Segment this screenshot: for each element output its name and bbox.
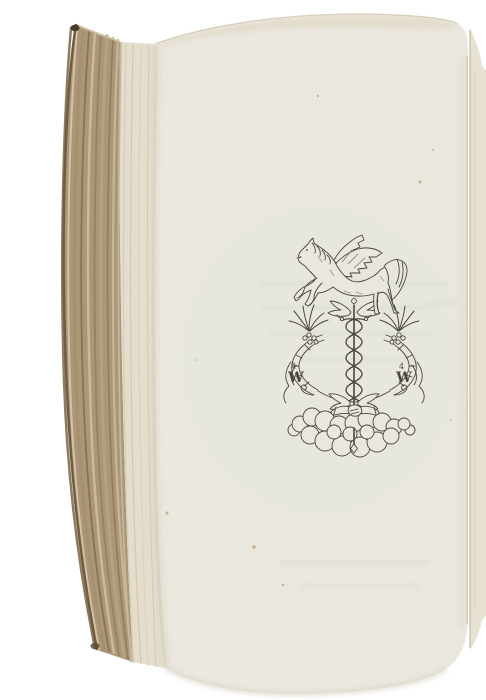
monogram-right: W	[395, 370, 412, 386]
facing-leaf-edge	[470, 28, 486, 650]
headband-knob	[71, 25, 80, 31]
book-photograph: 4 W 4 W	[0, 0, 486, 700]
monogram-left: W	[287, 370, 304, 386]
photo-canvas: 4 W 4 W	[0, 0, 486, 700]
tailband-knob	[91, 643, 100, 649]
caduceus-orb	[352, 299, 357, 304]
open-page	[154, 14, 470, 694]
pegasus-eye	[306, 249, 308, 251]
